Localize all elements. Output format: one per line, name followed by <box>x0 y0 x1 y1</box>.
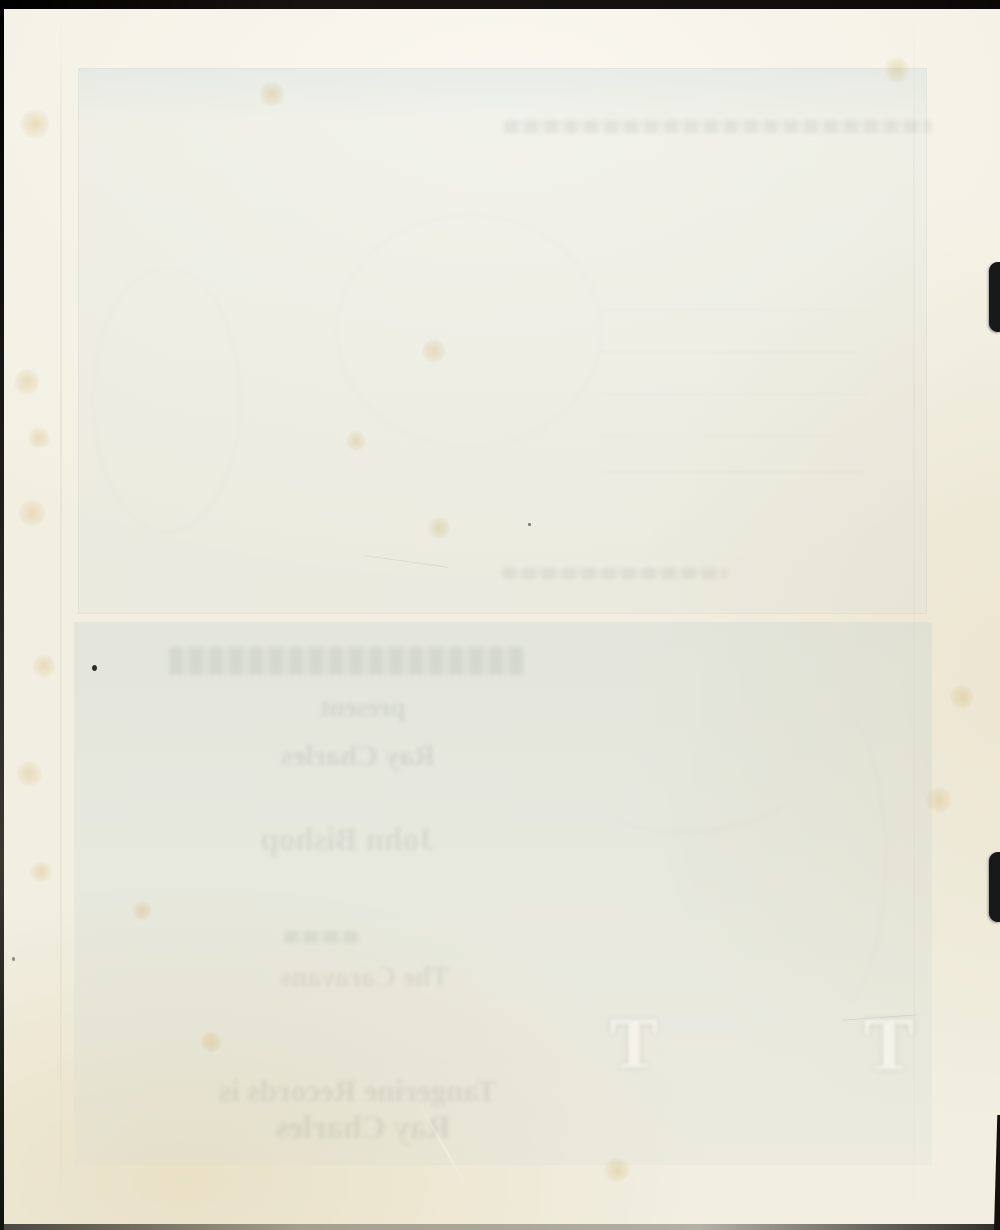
ink-speck <box>528 523 531 526</box>
paper-sheet: present Ray Charles John Bishop The Cara… <box>4 9 1000 1230</box>
ghost-advert-line-2: Ray Charles <box>240 1112 486 1145</box>
ghost-photo-outline <box>336 214 602 448</box>
foxing-stain <box>20 109 50 139</box>
ghost-headliner-line: Ray Charles <box>244 742 472 771</box>
foxing-stain <box>30 861 52 883</box>
foxing-stain <box>926 787 952 813</box>
foxing-stain <box>950 685 974 709</box>
ghost-photo-outline <box>92 267 241 533</box>
foxing-stain <box>28 427 50 449</box>
ink-speck <box>92 665 97 671</box>
ghost-illegible-title-line <box>169 647 524 675</box>
scan-edge-top <box>0 0 1000 9</box>
scan-shading-line <box>60 9 62 1230</box>
binding-notch-top <box>989 262 1000 332</box>
ghost-advert-line-1: Tangerine Records is <box>154 1075 562 1106</box>
ghost-presents-line: present <box>280 694 446 721</box>
ghost-illegible-small-line <box>284 931 358 943</box>
foxing-stain <box>259 81 285 107</box>
foxing-stain <box>422 339 446 363</box>
foxing-stain <box>428 517 450 539</box>
foxing-stain <box>32 654 56 678</box>
foxing-stain <box>16 761 42 787</box>
foxing-stain <box>346 431 366 451</box>
binding-notch-bottom <box>989 852 1000 922</box>
ghost-table-row <box>602 309 872 311</box>
foxing-stain <box>604 1157 630 1183</box>
ghost-table-row <box>602 393 870 395</box>
foxing-stain <box>132 901 152 921</box>
ghost-table-row <box>602 435 842 437</box>
foxing-stain <box>14 369 40 395</box>
scanned-page-screenshot: { "document": { "kind": "scanned blank v… <box>0 0 1000 1230</box>
foxing-stain <box>884 57 910 83</box>
scan-edge-left <box>0 0 4 1230</box>
ghost-table-row <box>602 471 862 473</box>
scan-edge-bottom <box>0 1224 1000 1230</box>
ghost-illegible-caption <box>502 568 727 579</box>
ghost-table-row <box>602 351 857 353</box>
ghost-support-act-line: John Bishop <box>192 824 504 857</box>
foxing-stain <box>18 499 46 527</box>
ghost-illegible-header <box>504 120 932 133</box>
ink-speck <box>12 957 15 961</box>
foxing-stain <box>200 1031 222 1053</box>
ghost-group-line: The Caravans <box>244 964 486 992</box>
ghost-drop-cap-left: T <box>610 1007 658 1079</box>
